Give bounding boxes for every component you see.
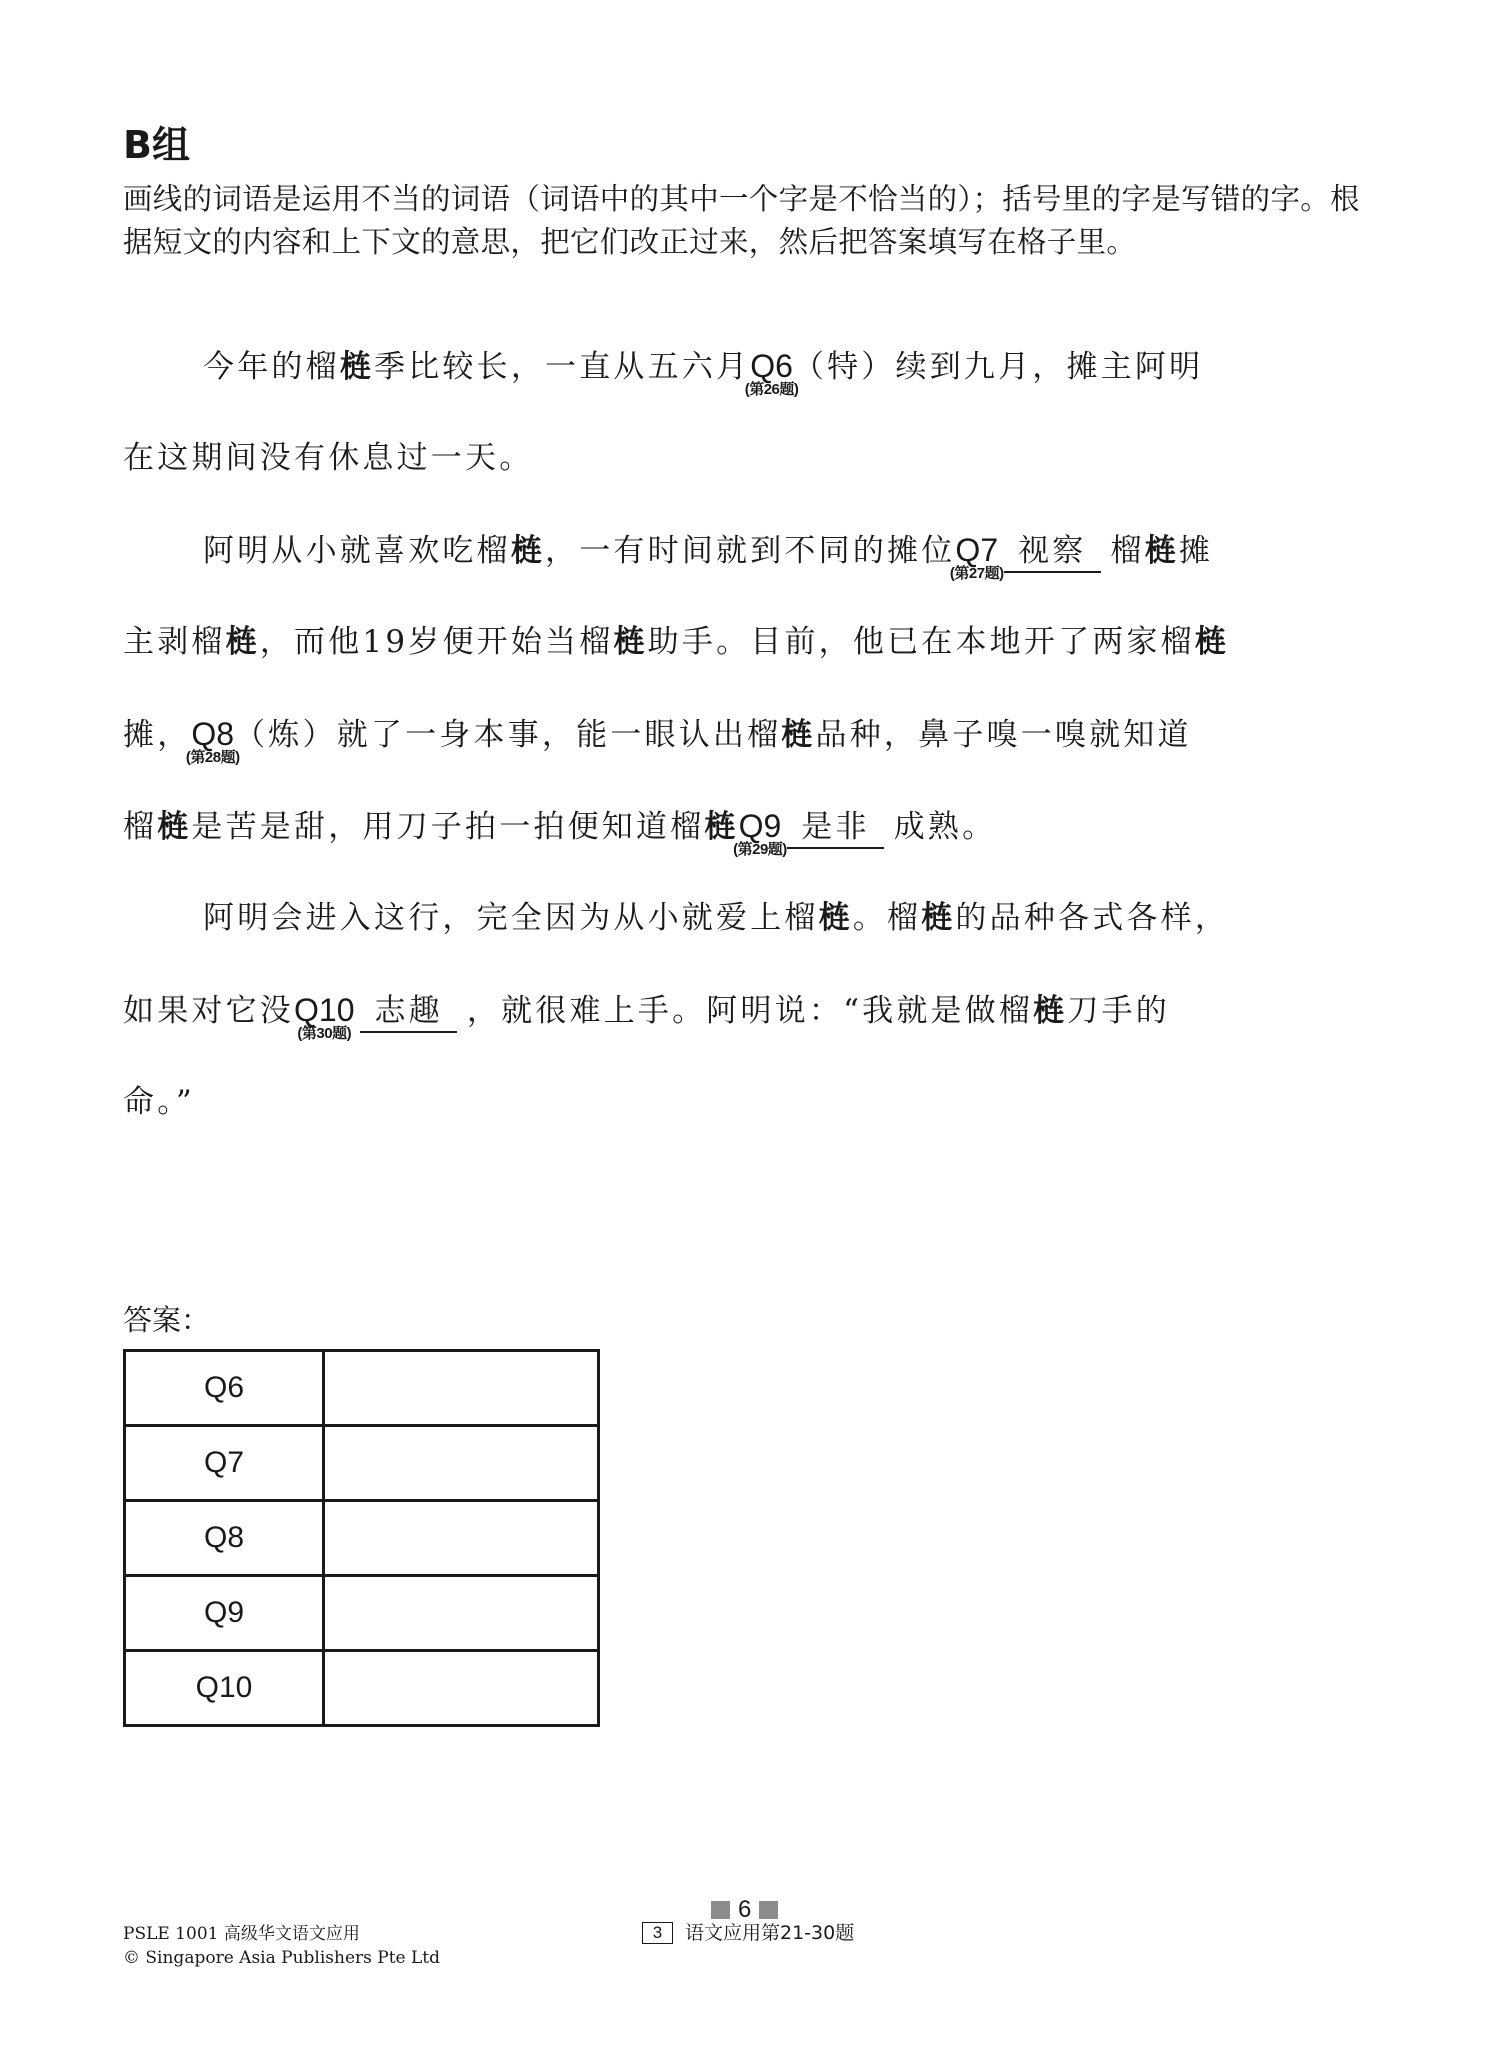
passage-text: 梿: [704, 809, 738, 845]
question-number: Q10: [294, 992, 354, 1028]
answer-row: Q7: [125, 1426, 599, 1501]
answer-cell[interactable]: [324, 1501, 599, 1576]
passage-text: 梿: [819, 900, 853, 936]
question-marker: Q6(第26题): [750, 344, 793, 388]
page-number-text: 6: [738, 1898, 751, 1922]
passage-text: 梿: [340, 349, 374, 385]
passage-text: 梿: [1195, 624, 1229, 660]
passage-text: ，一有时间就到不同的摊位: [545, 533, 955, 569]
question-cell: Q10: [125, 1651, 324, 1726]
passage-text: 主剥榴: [123, 624, 226, 660]
passage-text: 阿明从小就喜欢吃榴: [203, 533, 511, 569]
question-marker: Q10(第30题): [294, 988, 354, 1032]
passage-line: 阿明从小就喜欢吃榴梿，一有时间就到不同的摊位Q7(第27题)视察榴梿摊: [123, 528, 1463, 588]
passage-line: 命。”: [123, 1080, 1383, 1140]
answer-row: Q6: [125, 1351, 599, 1426]
passage-line: 今年的榴梿季比较长，一直从五六月Q6(第26题)（特）续到九月，摊主阿明: [123, 344, 1463, 404]
question-number: Q8: [191, 716, 234, 752]
passage-line: 在这期间没有休息过一天。: [123, 436, 1383, 496]
passage-text: 摊，: [123, 717, 191, 753]
question-label: (第30题): [297, 1026, 351, 1042]
passage-text: 梿: [226, 624, 260, 660]
question-number: Q6: [750, 348, 793, 384]
passage-text: （炼）就了一身本事，能一眼认出榴: [234, 717, 781, 753]
instructions: 画线的词语是运用不当的词语（词语中的其中一个字是不恰当的）；括号里的字是写错的字…: [123, 178, 1373, 264]
passage-text: 梿: [781, 717, 815, 753]
passage-text: 今年的榴: [203, 349, 340, 385]
passage-line: 阿明会进入这行，完全因为从小就爱上榴梿。榴梿的品种各式各样，: [123, 896, 1463, 956]
question-cell: Q9: [125, 1576, 324, 1651]
underlined-word: 是非: [787, 807, 883, 849]
answer-cell[interactable]: [324, 1426, 599, 1501]
page-marker-right: [759, 1901, 778, 1919]
passage-text: ，而他19岁便开始当榴: [260, 624, 614, 660]
question-label: (第27题): [950, 566, 1004, 582]
passage-text: 梿: [921, 900, 955, 936]
question-marker: Q8(第28题): [191, 712, 234, 756]
book-title: PSLE 1001 高级华文语文应用: [123, 1922, 440, 1946]
passage-text: 的品种各式各样，: [955, 900, 1229, 936]
answer-cell[interactable]: [324, 1576, 599, 1651]
passage-line: 榴梿是苦是甜，用刀子拍一拍便知道榴梿Q9(第29题)是非成熟。: [123, 804, 1383, 864]
underlined-word: 志趣: [360, 991, 456, 1033]
passage-text: 品种，鼻子嗅一嗅就知道: [816, 717, 1192, 753]
chapter-number: 3: [642, 1922, 673, 1944]
passage-text: 阿明会进入这行，完全因为从小就爱上榴: [203, 900, 819, 936]
passage-text: 榴: [123, 809, 157, 845]
question-marker: Q9(第29题): [739, 804, 782, 848]
question-label: (第29题): [733, 842, 787, 858]
passage-line: 摊，Q8(第28题)（炼）就了一身本事，能一眼认出榴梿品种，鼻子嗅一嗅就知道: [123, 712, 1383, 772]
underlined-word: 视察: [1004, 531, 1100, 573]
passage-text: 梿: [1033, 993, 1067, 1029]
passage-text: 命。”: [123, 1084, 195, 1120]
answer-row: Q10: [125, 1651, 599, 1726]
answer-cell[interactable]: [324, 1651, 599, 1726]
passage-text: ，就很难上手。阿明说：“我就是做榴: [467, 993, 1033, 1029]
passage-text: 成熟。: [894, 809, 997, 845]
question-label: (第26题): [745, 382, 799, 398]
copyright: © Singapore Asia Publishers Pte Ltd: [123, 1946, 440, 1970]
passage-text: 在这期间没有休息过一天。: [123, 440, 533, 476]
passage-text: 梿: [1145, 533, 1179, 569]
passage-text: 梿: [511, 533, 545, 569]
answer-table: Q6Q7Q8Q9Q10: [123, 1349, 600, 1727]
passage-text: （特）续到九月，摊主阿明: [793, 349, 1203, 385]
chapter-label: 3 语文应用第21-30题: [642, 1922, 854, 1944]
page-number: 6: [711, 1898, 778, 1922]
passage-text: 梿: [157, 809, 191, 845]
passage-text: 助手。目前，他已在本地开了两家榴: [648, 624, 1195, 660]
answer-cell[interactable]: [324, 1351, 599, 1426]
passage-text: 榴: [1111, 533, 1145, 569]
page-marker-left: [711, 1901, 730, 1919]
question-label: (第28题): [186, 750, 240, 766]
chapter-title: 语文应用第21-30题: [685, 1922, 854, 1944]
passage-text: 。榴: [853, 900, 921, 936]
footer-left: PSLE 1001 高级华文语文应用 © Singapore Asia Publ…: [123, 1922, 440, 1970]
passage-text: 摊: [1179, 533, 1213, 569]
section-title: B组: [123, 122, 190, 168]
passage-text: 如果对它没: [123, 993, 294, 1029]
answer-label: 答案：: [123, 1302, 210, 1338]
question-number: Q9: [739, 808, 782, 844]
question-cell: Q8: [125, 1501, 324, 1576]
passage-text: 刀手的: [1067, 993, 1170, 1029]
passage-line: 如果对它没Q10(第30题)志趣，就很难上手。阿明说：“我就是做榴梿刀手的: [123, 988, 1383, 1048]
answer-row: Q9: [125, 1576, 599, 1651]
question-marker: Q7(第27题): [955, 528, 998, 572]
passage-line: 主剥榴梿，而他19岁便开始当榴梿助手。目前，他已在本地开了两家榴梿: [123, 620, 1383, 680]
passage-text: 是苦是甜，用刀子拍一拍便知道榴: [191, 809, 704, 845]
answer-row: Q8: [125, 1501, 599, 1576]
question-cell: Q6: [125, 1351, 324, 1426]
passage-text: 季比较长，一直从五六月: [374, 349, 750, 385]
question-cell: Q7: [125, 1426, 324, 1501]
passage-text: 梿: [613, 624, 647, 660]
question-number: Q7: [955, 532, 998, 568]
